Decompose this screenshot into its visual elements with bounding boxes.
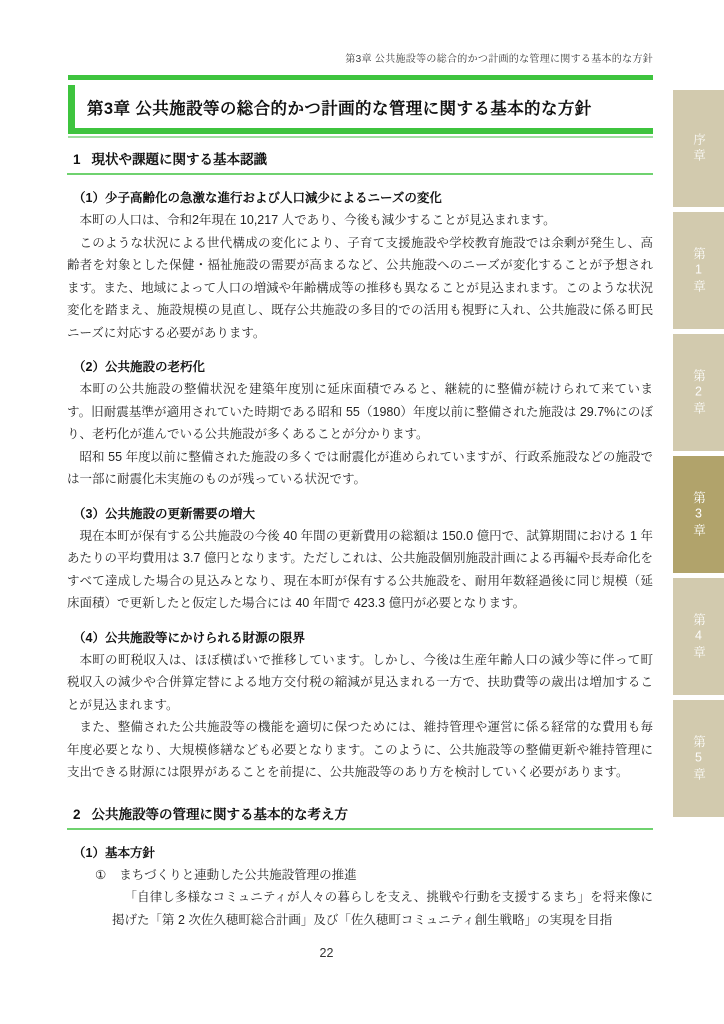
- subsection-1-1-heading: （1）少子高齢化の急激な進行および人口減少によるニーズの変化: [73, 188, 653, 206]
- chapter-title-box: 第3章 公共施設等の総合的かつ計画的な管理に関する基本的な方針: [68, 85, 665, 128]
- page-number: 22: [0, 946, 653, 960]
- subsection-1-2-heading: （2）公共施設の老朽化: [73, 357, 653, 375]
- numbered-item: ① まちづくりと連動した公共施設管理の推進: [95, 864, 653, 887]
- chapter-tab-sidebar: 序章 第1章 第2章 第3章 第4章 第5章: [673, 90, 724, 822]
- sidebar-tab-chapter-1: 第1章: [673, 212, 724, 329]
- paragraph: このような状況による世代構成の変化により、子育て支援施設や学校教育施設では余剰が…: [67, 232, 653, 345]
- section1-number: 1: [73, 152, 81, 167]
- paragraph: また、整備された公共施設等の機能を適切に保つためには、維持管理や運営に係る経常的…: [67, 716, 653, 784]
- section2-number: 2: [73, 807, 81, 822]
- sidebar-tab-chapter-2: 第2章: [673, 334, 724, 451]
- paragraph: 本町の人口は、令和2年現在 10,217 人であり、今後も減少することが見込まれ…: [67, 209, 653, 232]
- item-body: 「自律し多様なコミュニティが人々の暮らしを支え、挑戦や行動を支援するまち」を将来…: [112, 886, 653, 931]
- running-header: 第3章 公共施設等の総合的かつ計画的な管理に関する基本的な方針: [345, 50, 653, 65]
- content-column: 1 現状や課題に関する基本認識 （1）少子高齢化の急激な進行および人口減少による…: [67, 148, 653, 931]
- subsection-2-1-heading: （1）基本方針: [73, 843, 653, 861]
- chapter-title-underline-light: [68, 136, 653, 138]
- chapter-title-underline: [68, 128, 653, 134]
- paragraph: 現在本町が保有する公共施設の今後 40 年間の更新費用の総額は 150.0 億円…: [67, 525, 653, 615]
- section1-heading: 1 現状や課題に関する基本認識: [67, 148, 653, 175]
- section2-heading: 2 公共施設等の管理に関する基本的な考え方: [67, 803, 653, 830]
- paragraph: 本町の公共施設の整備状況を建築年度別に延床面積でみると、継続的に整備が続けられて…: [67, 378, 653, 446]
- chapter-title-text: 第3章 公共施設等の総合的かつ計画的な管理に関する基本的な方針: [87, 95, 592, 119]
- section1-title: 現状や課題に関する基本認識: [92, 148, 268, 168]
- subsection-1-4-heading: （4）公共施設等にかけられる財源の限界: [73, 628, 653, 646]
- document-page: 第3章 公共施設等の総合的かつ計画的な管理に関する基本的な方針 第3章 公共施設…: [0, 0, 724, 1024]
- sidebar-tab-chapter-5: 第5章: [673, 700, 724, 817]
- sidebar-tab-chapter-3-active: 第3章: [673, 456, 724, 573]
- paragraph: 昭和 55 年度以前に整備された施設の多くでは耐震化が進められていますが、行政系…: [67, 446, 653, 491]
- section2-title: 公共施設等の管理に関する基本的な考え方: [92, 803, 349, 823]
- item-marker: ①: [95, 864, 106, 887]
- sidebar-tab-chapter-4: 第4章: [673, 578, 724, 695]
- header-rule: [68, 75, 653, 80]
- item-title: まちづくりと連動した公共施設管理の推進: [119, 864, 356, 887]
- subsection-1-3-heading: （3）公共施設の更新需要の増大: [73, 504, 653, 522]
- paragraph: 本町の町税収入は、ほぼ横ばいで推移しています。しかし、今後は生産年齢人口の減少等…: [67, 649, 653, 717]
- sidebar-tab-preface: 序章: [673, 90, 724, 207]
